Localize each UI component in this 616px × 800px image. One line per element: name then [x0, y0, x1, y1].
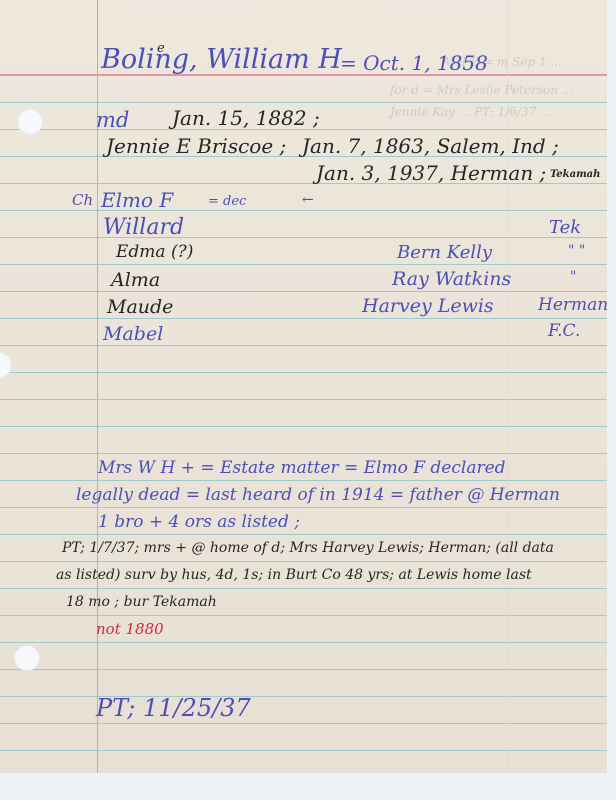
ruled-line — [0, 291, 607, 292]
child-name: Alma — [111, 271, 160, 290]
child-name: Elmo F — [101, 190, 173, 210]
child-name: Maude — [107, 298, 173, 317]
binder-hole-middle — [0, 352, 12, 378]
marriage-label: md — [96, 110, 129, 131]
ruled-line — [0, 588, 607, 589]
child-spouse: Ray Watkins — [392, 270, 511, 289]
ruled-line — [0, 345, 607, 346]
spouse-birth: Jan. 7, 1863, Salem, Ind ; — [302, 136, 559, 156]
child-name: Edma (?) — [116, 244, 193, 261]
ruled-line — [0, 399, 607, 400]
estate-note-line: Mrs W H + = Estate matter = Elmo F decla… — [98, 460, 506, 477]
child-name: Mabel — [103, 325, 163, 344]
ruled-line — [0, 372, 607, 373]
child-residence: Tek — [549, 219, 581, 237]
binder-hole-top — [17, 109, 43, 135]
notebook-paper: W H B = m Sep 1 ... for d = Mrs Leslie P… — [0, 0, 607, 773]
ruled-line — [0, 723, 607, 724]
obituary-note-line: PT; 1/7/37; mrs + @ home of d; Mrs Harve… — [62, 541, 554, 555]
obituary-note-line: as listed) surv by hus, 4d, 1s; in Burt … — [56, 568, 532, 582]
children-label: Ch — [72, 193, 93, 208]
child-residence: F.C. — [548, 323, 580, 340]
bleed-through-text: for d = Mrs Leslie Peterson ... — [390, 84, 573, 96]
ruled-line — [0, 237, 607, 238]
child-name: Willard — [103, 217, 184, 239]
ruled-line — [0, 696, 607, 697]
child-residence: Herman — [538, 297, 608, 314]
ruled-line — [0, 669, 607, 670]
ruled-line — [0, 642, 607, 643]
obituary-note-line: 18 mo ; bur Tekamah — [66, 595, 217, 609]
ruled-line — [0, 507, 607, 508]
child-residence: " " — [568, 244, 585, 258]
ruled-line — [0, 264, 607, 265]
name-annotation: e — [157, 42, 165, 55]
bleed-through-text: Jennie Kay ... PT; 1/6/37 ... — [390, 106, 551, 118]
child-residence: " — [570, 270, 576, 284]
spouse-death: Jan. 3, 1937, Herman ; — [316, 163, 546, 183]
arrow-mark: ← — [302, 193, 314, 207]
ruled-line — [0, 534, 607, 535]
ruled-line — [0, 210, 607, 211]
estate-note-line: legally dead = last heard of in 1914 = f… — [76, 487, 560, 504]
spouse-death-note: Tekamah — [550, 170, 600, 180]
estate-note-line: 1 bro + 4 ors as listed ; — [98, 514, 300, 531]
footer-source-note: PT; 11/25/37 — [96, 696, 251, 720]
child-note: = dec — [208, 195, 246, 208]
ruled-line — [0, 750, 607, 751]
ruled-line — [0, 318, 607, 319]
binder-hole-bottom — [14, 645, 40, 671]
spouse-name: Jennie E Briscoe ; — [106, 136, 286, 156]
subject-birth-date: = Oct. 1, 1858 — [340, 53, 488, 73]
marriage-date: Jan. 15, 1882 ; — [172, 108, 320, 128]
ruled-line — [0, 453, 607, 454]
ruled-line — [0, 561, 607, 562]
ruled-line — [0, 480, 607, 481]
red-correction-note: not 1880 — [96, 622, 164, 637]
ruled-line — [0, 426, 607, 427]
child-spouse: Harvey Lewis — [362, 297, 494, 316]
ruled-line — [0, 102, 607, 103]
subject-name: Boling, William H — [101, 46, 342, 73]
child-spouse: Bern Kelly — [397, 244, 492, 262]
ruled-line — [0, 615, 607, 616]
